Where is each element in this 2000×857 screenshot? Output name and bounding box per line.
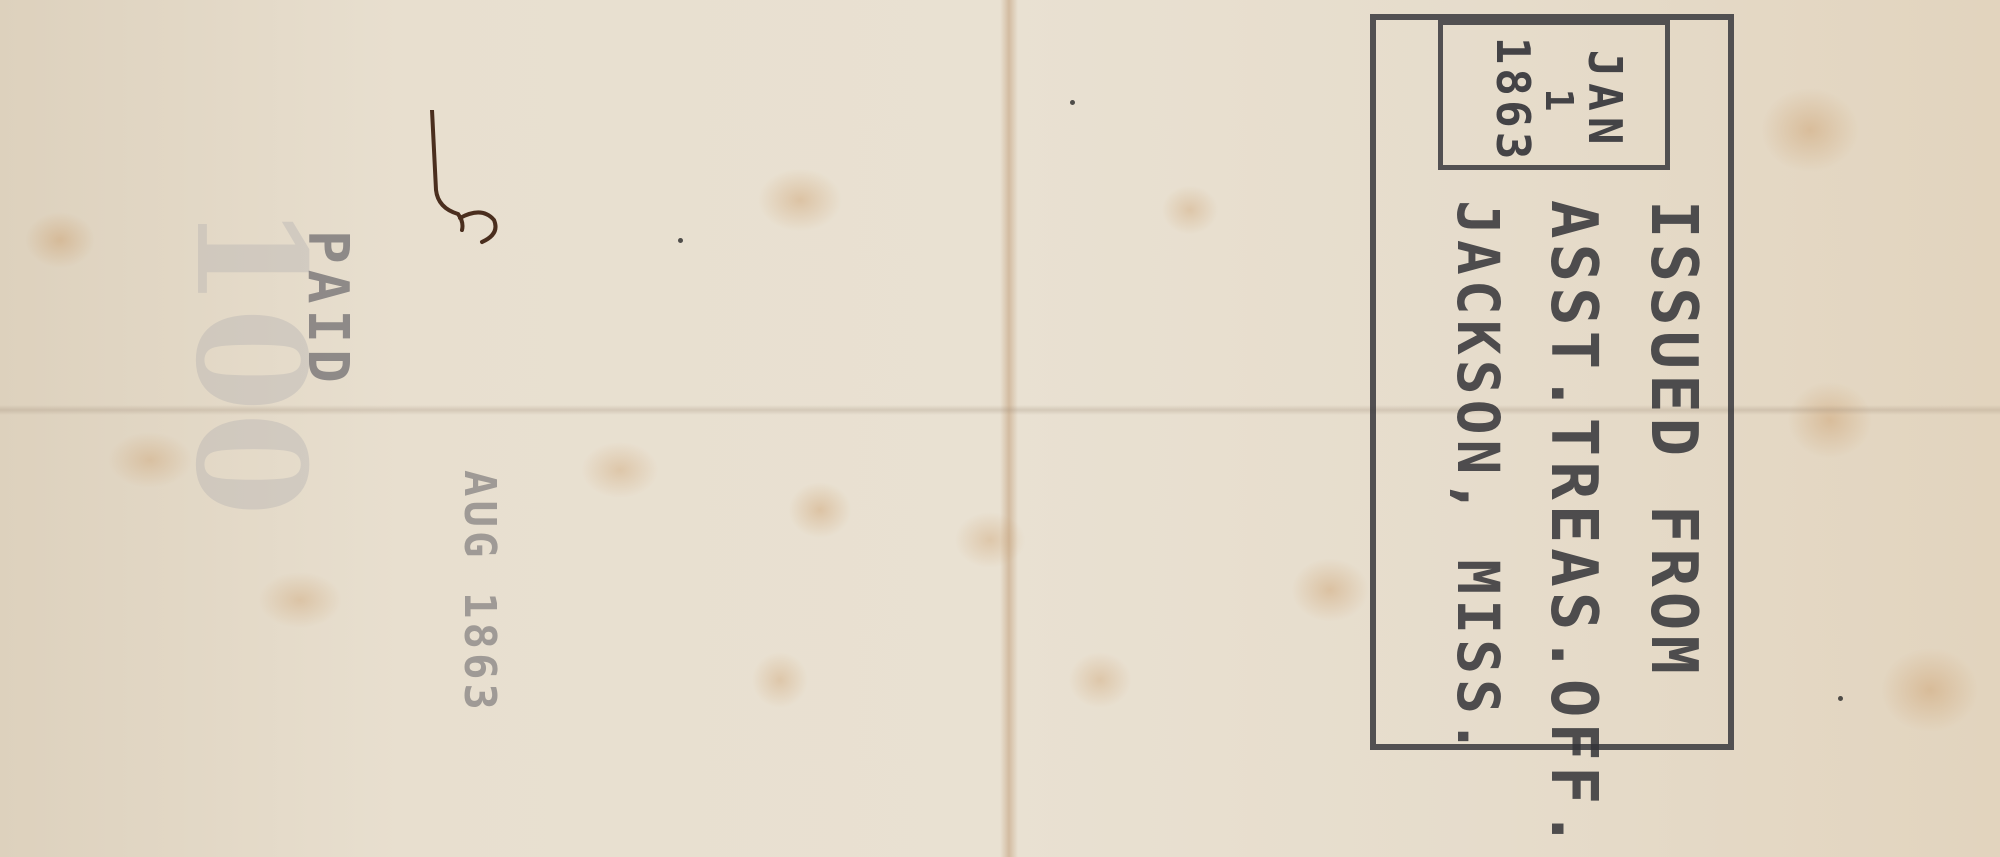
stamp-line-location: JACKSON, MISS. xyxy=(1444,200,1512,759)
ink-speck xyxy=(1070,100,1075,105)
paid-stamp-text: PAID xyxy=(295,230,360,389)
issue-date: JAN 1 1863 xyxy=(1443,25,1675,175)
issue-date-year: 1863 xyxy=(1490,37,1536,164)
issue-date-box: JAN 1 1863 xyxy=(1438,20,1670,170)
ink-speck xyxy=(678,238,683,243)
issue-date-month: JAN xyxy=(1582,49,1628,150)
faded-date-stamp-text: AUG 1863 xyxy=(454,470,505,714)
vertical-fold-crease xyxy=(1000,0,1018,857)
issue-stamp-text: ISSUED FROM ASST.TREAS.OFF. JACKSON, MIS… xyxy=(1400,200,1720,720)
stamp-line-treasury-office: ASST.TREAS.OFF. xyxy=(1536,200,1610,853)
issue-date-day: 1 xyxy=(1540,89,1578,112)
stamp-line-issued-from: ISSUED FROM xyxy=(1636,200,1710,679)
handwritten-pen-mark-icon xyxy=(420,110,510,280)
ink-speck xyxy=(1838,696,1843,701)
banknote-reverse: 100 PAID AUG 1863 JAN 1 1863 ISSUED FROM… xyxy=(0,0,2000,857)
